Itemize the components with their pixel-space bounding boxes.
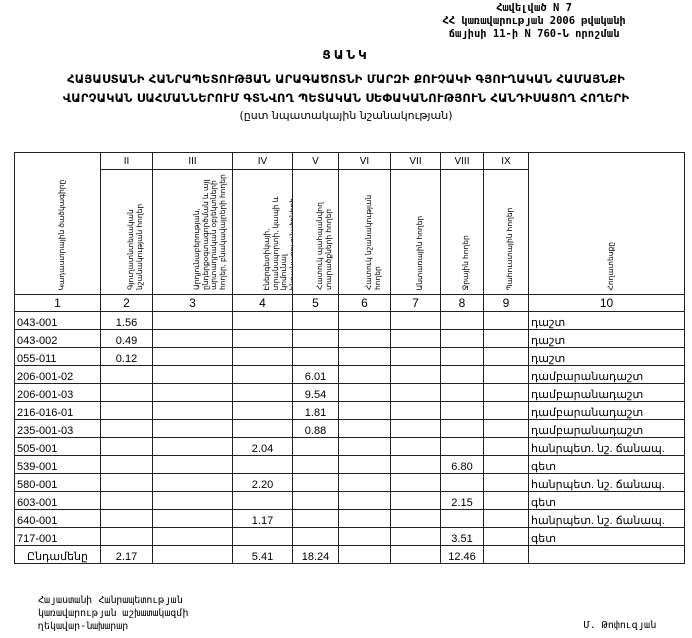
- cadastral-code-cell: 717-001: [15, 528, 101, 546]
- area-value-cell: [153, 348, 233, 366]
- column-header: Պահուստային հողեր: [484, 170, 529, 295]
- area-value-cell: [339, 312, 391, 330]
- area-value-cell: [233, 384, 293, 402]
- total-row: Ընդամենը2.175.4118.2412.46: [15, 546, 685, 564]
- area-value-cell: 6.01: [293, 366, 339, 384]
- total-value-cell: [153, 546, 233, 564]
- area-value-cell: [233, 420, 293, 438]
- area-value-cell: [101, 438, 153, 456]
- land-type-cell: դամբարանադաշտ: [529, 366, 685, 384]
- area-value-cell: [391, 456, 441, 474]
- area-value-cell: [101, 402, 153, 420]
- area-value-cell: 1.56: [101, 312, 153, 330]
- total-value-cell: [391, 546, 441, 564]
- land-type-cell: գետ: [529, 456, 685, 474]
- area-value-cell: [339, 384, 391, 402]
- land-type-cell: հանրպետ. նշ. ճանապ.: [529, 438, 685, 456]
- area-value-cell: 9.54: [293, 384, 339, 402]
- area-value-cell: [484, 528, 529, 546]
- area-value-cell: [293, 456, 339, 474]
- area-value-cell: [484, 420, 529, 438]
- area-value-cell: [484, 330, 529, 348]
- column-header-text: Հատուկ նշանակության հողեր: [365, 172, 382, 290]
- land-type-cell: դաշտ: [529, 348, 685, 366]
- column-number: 9: [484, 295, 529, 312]
- area-value-cell: [391, 510, 441, 528]
- table-row: 505-0012.04հանրպետ. նշ. ճանապ.: [15, 438, 685, 456]
- cadastral-code-cell: 603-001: [15, 492, 101, 510]
- area-value-cell: [339, 402, 391, 420]
- area-value-cell: 0.88: [293, 420, 339, 438]
- table-row: 055-0110.12դաշտ: [15, 348, 685, 366]
- area-value-cell: [293, 312, 339, 330]
- area-value-cell: [441, 384, 484, 402]
- area-value-cell: [153, 438, 233, 456]
- column-number: 6: [339, 295, 391, 312]
- area-value-cell: [339, 438, 391, 456]
- total-value-cell: 2.17: [101, 546, 153, 564]
- cadastral-code-cell: 216-016-01: [15, 402, 101, 420]
- area-value-cell: [484, 492, 529, 510]
- area-value-cell: [293, 492, 339, 510]
- area-value-cell: 2.04: [233, 438, 293, 456]
- column-roman-numeral: VI: [339, 153, 391, 170]
- area-value-cell: [441, 366, 484, 384]
- area-value-cell: [233, 312, 293, 330]
- annex-line: ՀՀ կառավարության 2006 թվականի: [404, 15, 664, 28]
- area-value-cell: [339, 330, 391, 348]
- area-value-cell: [293, 528, 339, 546]
- signatory-name: Մ. Թոփուզյան: [584, 620, 656, 631]
- area-value-cell: [441, 420, 484, 438]
- area-value-cell: [484, 438, 529, 456]
- title-subtitle: (ըստ նպատակային նշանակության): [0, 108, 692, 124]
- area-value-cell: [153, 474, 233, 492]
- area-value-cell: [339, 474, 391, 492]
- table-row: 580-0012.20հանրպետ. նշ. ճանապ.: [15, 474, 685, 492]
- area-value-cell: 1.81: [293, 402, 339, 420]
- area-value-cell: [101, 474, 153, 492]
- document-title-block: ՑԱՆԿ ՀԱՅԱՍՏԱՆԻ ՀԱՆՐԱՊԵՏՈՒԹՅԱՆ ԱՐԱԳԱԾՈՏՆԻ…: [0, 48, 692, 124]
- signature-title-line: Հայաստանի Հանրապետության: [38, 594, 189, 607]
- area-value-cell: [391, 492, 441, 510]
- table-row: 206-001-039.54դամբարանադաշտ: [15, 384, 685, 402]
- cadastral-code-cell: 055-011: [15, 348, 101, 366]
- area-value-cell: [391, 402, 441, 420]
- column-header: Էներգետիկայի, տրանսպորտի, կապի և կոմունա…: [233, 170, 293, 295]
- table-row: 206-001-026.01դամբարանադաշտ: [15, 366, 685, 384]
- area-value-cell: [293, 438, 339, 456]
- area-value-cell: [101, 492, 153, 510]
- total-label: Ընդամենը: [15, 546, 101, 564]
- column-number-row: 12345678910: [15, 295, 685, 312]
- area-value-cell: [339, 528, 391, 546]
- area-value-cell: [153, 510, 233, 528]
- column-header: Ջրային հողեր: [441, 170, 484, 295]
- area-value-cell: [153, 456, 233, 474]
- column-number: 4: [233, 295, 293, 312]
- column-number: 3: [153, 295, 233, 312]
- cadastral-code-cell: 043-002: [15, 330, 101, 348]
- table-row: 216-016-011.81դամբարանադաշտ: [15, 402, 685, 420]
- area-value-cell: [391, 384, 441, 402]
- area-value-cell: [101, 384, 153, 402]
- land-type-cell: դամբարանադաշտ: [529, 384, 685, 402]
- table-row: 640-0011.17հանրպետ. նշ. ճանապ.: [15, 510, 685, 528]
- area-value-cell: [153, 420, 233, 438]
- table-row: 539-0016.80գետ: [15, 456, 685, 474]
- column-roman-numeral: VIII: [441, 153, 484, 170]
- land-type-cell: դաշտ: [529, 330, 685, 348]
- area-value-cell: [391, 348, 441, 366]
- column-header: Կադաստրային ծածկագիրը: [15, 153, 101, 295]
- header-roman-row: Կադաստրային ծածկագիրըIIIIIIVVVIVIIVIIIIX…: [15, 153, 685, 170]
- area-value-cell: [391, 312, 441, 330]
- column-roman-numeral: IX: [484, 153, 529, 170]
- table-row: 235-001-030.88դամբարանադաշտ: [15, 420, 685, 438]
- area-value-cell: [391, 528, 441, 546]
- area-value-cell: [153, 384, 233, 402]
- cadastral-code-cell: 580-001: [15, 474, 101, 492]
- area-value-cell: [293, 348, 339, 366]
- area-value-cell: [441, 474, 484, 492]
- area-value-cell: [101, 366, 153, 384]
- area-value-cell: [233, 366, 293, 384]
- area-value-cell: [339, 510, 391, 528]
- area-value-cell: [101, 456, 153, 474]
- area-value-cell: [339, 366, 391, 384]
- land-type-cell: գետ: [529, 492, 685, 510]
- land-type-cell: [529, 546, 685, 564]
- cadastral-code-cell: 206-001-02: [15, 366, 101, 384]
- column-roman-numeral: VII: [391, 153, 441, 170]
- area-value-cell: [484, 384, 529, 402]
- area-value-cell: [391, 366, 441, 384]
- document-title: ՑԱՆԿ: [0, 48, 692, 62]
- area-value-cell: 2.20: [233, 474, 293, 492]
- annex-line: ճայիսի 11-ի N 760-Ն որոշման: [404, 28, 664, 41]
- area-value-cell: [101, 510, 153, 528]
- table-row: 717-0013.51գետ: [15, 528, 685, 546]
- area-value-cell: [441, 438, 484, 456]
- total-value-cell: [484, 546, 529, 564]
- column-header: Անտառային հողեր: [391, 170, 441, 295]
- table-row: 043-0011.56դաշտ: [15, 312, 685, 330]
- area-value-cell: [233, 330, 293, 348]
- column-header-text: Պահուստային հողեր: [506, 172, 515, 290]
- signature-title-line: կառավարության աշխատակազմի: [38, 607, 189, 620]
- column-header-text: Գյուղատնտեսական նշանակության հողեր: [127, 172, 144, 290]
- column-number: 1: [15, 295, 101, 312]
- signature-title: Հայաստանի Հանրապետության կառավարության ա…: [38, 594, 189, 633]
- column-roman-numeral: V: [293, 153, 339, 170]
- cadastral-code-cell: 505-001: [15, 438, 101, 456]
- area-value-cell: [441, 330, 484, 348]
- area-value-cell: [484, 456, 529, 474]
- land-type-cell: դամբարանադաշտ: [529, 420, 685, 438]
- area-value-cell: [484, 348, 529, 366]
- column-number: 2: [101, 295, 153, 312]
- area-value-cell: [441, 348, 484, 366]
- area-value-cell: [484, 366, 529, 384]
- area-value-cell: [293, 510, 339, 528]
- area-value-cell: [484, 474, 529, 492]
- column-header: Հողատեսքը: [529, 153, 685, 295]
- column-roman-numeral: IV: [233, 153, 293, 170]
- land-list-table: Կադաստրային ծածկագիրըIIIIIIVVVIVIIVIIIIX…: [14, 152, 685, 564]
- column-header-text: Անտառային հողեր: [416, 172, 425, 290]
- land-type-cell: հանրպետ. նշ. ճանապ.: [529, 510, 685, 528]
- area-value-cell: 0.49: [101, 330, 153, 348]
- total-value-cell: [339, 546, 391, 564]
- title-line-1: ՀԱՅԱՍՏԱՆԻ ՀԱՆՐԱՊԵՏՈՒԹՅԱՆ ԱՐԱԳԱԾՈՏՆԻ ՄԱՐԶ…: [0, 70, 692, 89]
- area-value-cell: [101, 528, 153, 546]
- area-value-cell: [339, 420, 391, 438]
- title-line-2: ՎԱՐՉԱԿԱՆ ՍԱՀՄԱՆՆԵՐՈՒՄ ԳՏՆՎՈՂ ՊԵՏԱԿԱՆ ՍԵՓ…: [0, 89, 692, 108]
- area-value-cell: [153, 366, 233, 384]
- column-header: Հատուկ պահպանվող տարածքների հողեր: [293, 170, 339, 295]
- area-value-cell: [391, 420, 441, 438]
- column-header-text: Կադաստրային ծածկագիրը: [58, 172, 67, 290]
- area-value-cell: 1.17: [233, 510, 293, 528]
- area-value-cell: [153, 330, 233, 348]
- cadastral-code-cell: 640-001: [15, 510, 101, 528]
- annex-reference: Հավելված N 7 ՀՀ կառավարության 2006 թվակա…: [404, 2, 664, 41]
- column-number: 7: [391, 295, 441, 312]
- cadastral-code-cell: 043-001: [15, 312, 101, 330]
- total-value-cell: 18.24: [293, 546, 339, 564]
- area-value-cell: [441, 402, 484, 420]
- area-value-cell: [484, 402, 529, 420]
- area-value-cell: [339, 456, 391, 474]
- area-value-cell: [441, 312, 484, 330]
- area-value-cell: [339, 492, 391, 510]
- area-value-cell: [153, 492, 233, 510]
- column-number: 8: [441, 295, 484, 312]
- land-type-cell: դամբարանադաշտ: [529, 402, 685, 420]
- area-value-cell: [233, 402, 293, 420]
- column-header-text: Հողատեսքը: [607, 172, 616, 290]
- area-value-cell: [233, 456, 293, 474]
- area-value-cell: [101, 420, 153, 438]
- cadastral-code-cell: 235-001-03: [15, 420, 101, 438]
- column-header: Արդյունաբերության, ընդերքօգտագործման և ա…: [153, 170, 233, 295]
- cadastral-code-cell: 539-001: [15, 456, 101, 474]
- annex-line: Հավելված N 7: [404, 2, 664, 15]
- column-header: Գյուղատնտեսական նշանակության հողեր: [101, 170, 153, 295]
- area-value-cell: 6.80: [441, 456, 484, 474]
- total-value-cell: 12.46: [441, 546, 484, 564]
- column-header: Հատուկ նշանակության հողեր: [339, 170, 391, 295]
- column-header-text: Ջրային հողեր: [462, 172, 471, 290]
- area-value-cell: [153, 402, 233, 420]
- area-value-cell: [339, 348, 391, 366]
- land-type-cell: դաշտ: [529, 312, 685, 330]
- area-value-cell: [293, 474, 339, 492]
- area-value-cell: [233, 348, 293, 366]
- column-roman-numeral: III: [153, 153, 233, 170]
- area-value-cell: [391, 474, 441, 492]
- area-value-cell: [484, 510, 529, 528]
- column-header-text: Հատուկ պահպանվող տարածքների հողեր: [316, 172, 333, 290]
- area-value-cell: [153, 312, 233, 330]
- area-value-cell: [233, 492, 293, 510]
- area-value-cell: [391, 330, 441, 348]
- cadastral-code-cell: 206-001-03: [15, 384, 101, 402]
- column-number: 5: [293, 295, 339, 312]
- area-value-cell: [391, 438, 441, 456]
- area-value-cell: 0.12: [101, 348, 153, 366]
- table-row: 603-0012.15գետ: [15, 492, 685, 510]
- area-value-cell: [153, 528, 233, 546]
- table-row: 043-0020.49դաշտ: [15, 330, 685, 348]
- signature-title-line: ղեկավար-նախարար: [38, 620, 189, 633]
- total-value-cell: 5.41: [233, 546, 293, 564]
- area-value-cell: 2.15: [441, 492, 484, 510]
- column-header-text: Էներգետիկայի, տրանսպորտի, կապի և կոմունա…: [263, 172, 293, 290]
- area-value-cell: [293, 330, 339, 348]
- area-value-cell: 3.51: [441, 528, 484, 546]
- column-number: 10: [529, 295, 685, 312]
- area-value-cell: [441, 510, 484, 528]
- column-header-text: Արդյունաբերության, ընդերքօգտագործման և ա…: [193, 172, 227, 290]
- column-roman-numeral: II: [101, 153, 153, 170]
- land-type-cell: գետ: [529, 528, 685, 546]
- area-value-cell: [484, 312, 529, 330]
- area-value-cell: [233, 528, 293, 546]
- land-type-cell: հանրպետ. նշ. ճանապ.: [529, 474, 685, 492]
